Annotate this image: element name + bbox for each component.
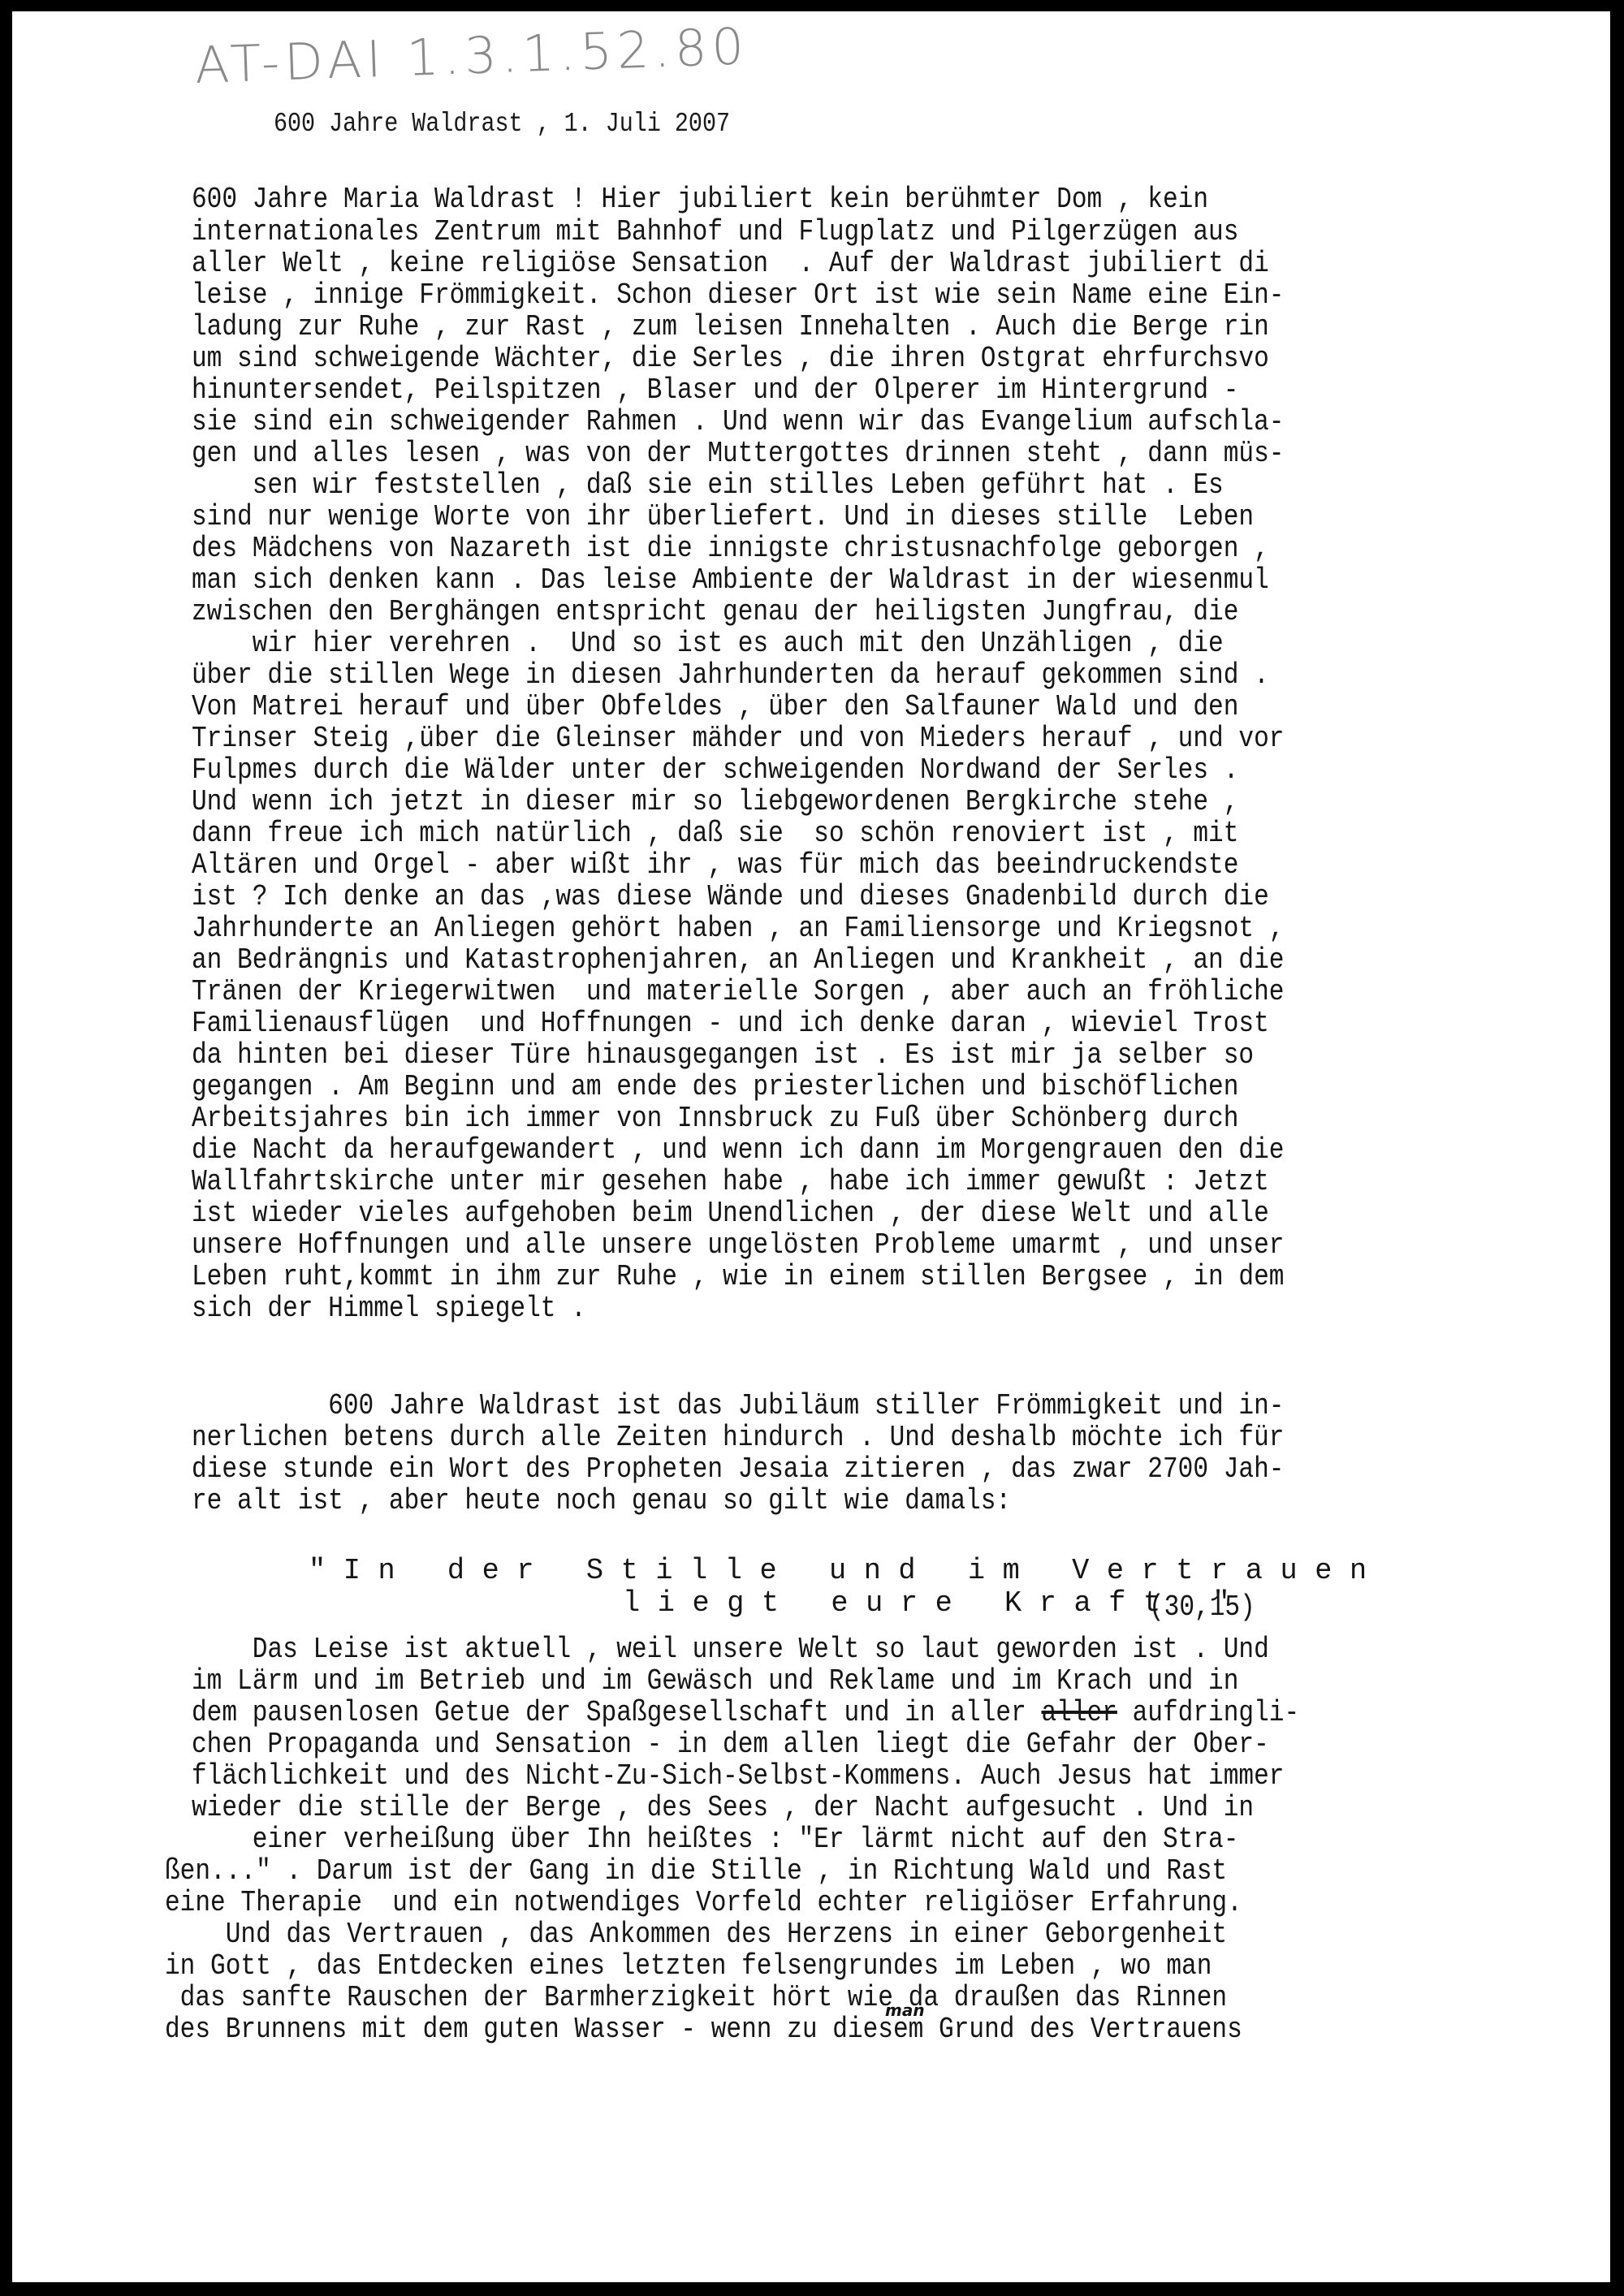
text-line: re alt ist , aber heute noch genau so gi…: [192, 1485, 1011, 1517]
text-line: 600 Jahre Waldrast ist das Jubiläum stil…: [192, 1390, 1284, 1422]
text-line: man sich denken kann . Das leise Ambient…: [192, 564, 1269, 597]
document-page: AT-DAI 1.3.1.52.80 600 Jahre Waldrast , …: [12, 11, 1610, 2282]
text-line: hinuntersendet, Peilspitzen , Blaser und…: [192, 374, 1238, 407]
text-line: Und wenn ich jetzt in dieser mir so lieb…: [192, 786, 1238, 818]
text-line: leise , innige Frömmigkeit. Schon dieser…: [192, 279, 1284, 312]
text-line: diese stunde ein Wort des Propheten Jesa…: [192, 1453, 1284, 1486]
text-line: gegangen . Am Beginn und am ende des pri…: [192, 1071, 1238, 1103]
text-line: ladung zur Ruhe , zur Rast , zum leisen …: [192, 311, 1269, 343]
text-line: das sanfte Rauschen der Barmherzigkeit h…: [165, 1982, 1227, 2014]
text-line: Altären und Orgel - aber wißt ihr , was …: [192, 849, 1238, 882]
text-line: Wallfahrtskirche unter mir gesehen habe …: [192, 1166, 1269, 1198]
text-line: da hinten bei dieser Türe hinausgegangen…: [192, 1039, 1254, 1072]
text-line: einer verheißung über Ihn heißtes : "Er …: [192, 1823, 1238, 1856]
text-line-with-strikethrough: dem pausenlosen Getue der Spaßgesellscha…: [192, 1697, 1299, 1729]
text-line: unsere Hoffnungen und alle unsere ungelö…: [192, 1229, 1284, 1262]
text-line: sind nur wenige Worte von ihr überliefer…: [192, 501, 1254, 533]
text-line: 600 Jahre Maria Waldrast ! Hier jubilier…: [192, 183, 1208, 216]
struck-word: aller: [1041, 1696, 1116, 1729]
archive-signature-handwritten: AT-DAI 1.3.1.52.80: [194, 16, 749, 95]
text-line: des Mädchens von Nazareth ist die innigs…: [192, 533, 1269, 565]
text-line: sen wir feststellen , daß sie ein stille…: [192, 469, 1224, 502]
text-line: wir hier verehren . Und so ist es auch m…: [192, 628, 1224, 660]
text-line: Arbeitsjahres bin ich immer von Innsbruc…: [192, 1103, 1238, 1135]
text-line: Das Leise ist aktuell , weil unsere Welt…: [192, 1634, 1269, 1666]
text-line: die Nacht da heraufgewandert , und wenn …: [192, 1134, 1284, 1167]
text-line: Jahrhunderte an Anliegen gehört haben , …: [192, 913, 1284, 945]
text-line: sie sind ein schweigender Rahmen . Und w…: [192, 406, 1284, 438]
text-segment: dem pausenlosen Getue der Spaßgesellscha…: [192, 1696, 1041, 1729]
text-line: nerlichen betens durch alle Zeiten hindu…: [192, 1422, 1284, 1454]
text-line: eine Therapie und ein notwendiges Vorfel…: [165, 1887, 1242, 1919]
text-line: sich der Himmel spiegelt .: [192, 1293, 586, 1325]
text-line: Fulpmes durch die Wälder unter der schwe…: [192, 754, 1238, 787]
text-line: chen Propaganda und Sensation - in dem a…: [192, 1728, 1269, 1761]
text-line: wieder die stille der Berge , des Sees ,…: [192, 1792, 1254, 1824]
text-line: aller Welt , keine religiöse Sensation .…: [192, 248, 1269, 280]
text-line: gen und alles lesen , was von der Mutter…: [192, 438, 1284, 470]
handwritten-insertion: man: [885, 2000, 925, 2020]
text-line: an Bedrängnis und Katastrophenjahren, an…: [192, 944, 1284, 977]
text-line: Trinser Steig ,über die Gleinser mähder …: [192, 723, 1284, 755]
text-line: Von Matrei herauf und über Obfeldes , üb…: [192, 691, 1238, 723]
text-line: in Gott , das Entdecken eines letzten fe…: [165, 1950, 1212, 1983]
text-line: um sind schweigende Wächter, die Serles …: [192, 343, 1269, 375]
text-line: internationales Zentrum mit Bahnhof und …: [192, 216, 1238, 248]
text-line: dann freue ich mich natürlich , daß sie …: [192, 818, 1238, 850]
quote-line-1: "In der Stille und im Vertrauen: [309, 1554, 1384, 1587]
text-line: im Lärm und im Betrieb und im Gewäsch un…: [192, 1665, 1238, 1698]
quote-reference: (30,15): [1149, 1591, 1255, 1624]
text-line: flächlichkeit und des Nicht-Zu-Sich-Selb…: [192, 1760, 1284, 1793]
text-line: Tränen der Kriegerwitwen und materielle …: [192, 976, 1284, 1008]
text-line: ist ? Ich denke an das ,was diese Wände …: [192, 881, 1269, 913]
text-line: des Brunnens mit dem guten Wasser - wenn…: [165, 2013, 1242, 2046]
document-title: 600 Jahre Waldrast , 1. Juli 2007: [274, 109, 730, 139]
text-line: Und das Vertrauen , das Ankommen des Her…: [165, 1918, 1227, 1951]
text-line: ist wieder vieles aufgehoben beim Unendl…: [192, 1198, 1269, 1230]
text-line: zwischen den Berghängen entspricht genau…: [192, 596, 1238, 628]
text-line: Familienausflügen und Hoffnungen - und i…: [192, 1008, 1269, 1040]
text-segment: aufdringli-: [1117, 1696, 1299, 1729]
text-line: über die stillen Wege in diesen Jahrhund…: [192, 659, 1269, 692]
text-line: ßen..." . Darum ist der Gang in die Stil…: [165, 1855, 1227, 1888]
text-line: Leben ruht,kommt in ihm zur Ruhe , wie i…: [192, 1261, 1284, 1293]
